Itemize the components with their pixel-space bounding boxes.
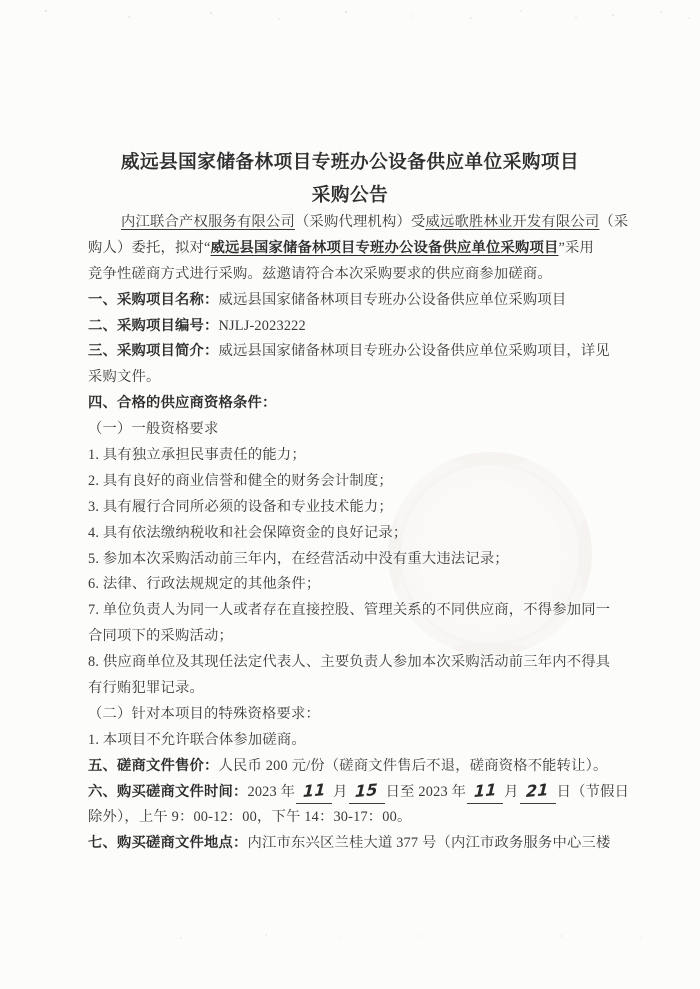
text-segment: 7. 单位负责人为同一人或者存在直接控股、管理关系的不同供应商，不得参加同一 [88, 602, 610, 618]
underlined-company-name: 内江联合产权服务有限公司 [121, 214, 295, 230]
scan-noise-top [0, 8, 2, 10]
text-line: 7. 单位负责人为同一人或者存在直接控股、管理关系的不同供应商，不得参加同一 [88, 598, 623, 624]
section-label: 六、购买磋商文件时间： [88, 784, 247, 800]
text-segment: （一）一般资格要求 [88, 421, 218, 437]
underlined-company-name: 威远歌胜林业开发有限公司 [425, 214, 599, 230]
text-segment: 1. 本项目不允许联合体参加磋商。 [88, 732, 306, 748]
handwritten-number: 21 [526, 779, 550, 803]
text-segment: 6. 法律、行政法规规定的其他条件； [88, 576, 320, 592]
section-label: 四、合格的供应商资格条件： [88, 395, 276, 411]
section-label: 五、磋商文件售价： [88, 758, 218, 774]
text-segment: 2. 具有良好的商业信誉和健全的财务会计制度； [88, 473, 393, 489]
text-segment: 购人）委托，拟对“ [88, 240, 211, 256]
text-segment: 4. 具有依法缴纳税收和社会保障资金的良好记录； [88, 525, 407, 541]
text-line: 1. 具有独立承担民事责任的能力； [88, 443, 623, 469]
text-line: 四、合格的供应商资格条件： [88, 391, 623, 417]
text-segment: （采购代理机构）受 [295, 214, 425, 230]
text-segment: 威远县国家储备林项目专班办公设备供应单位采购项目，详见 [218, 343, 609, 359]
text-segment: （采 [599, 214, 628, 230]
text-segment: 威远县国家储备林项目专班办公设备供应单位采购项目 [218, 292, 566, 308]
document-title-line2: 采购公告 [0, 181, 700, 207]
text-segment: 采购文件。 [88, 369, 160, 385]
text-line: 5. 参加本次采购活动前三年内，在经营活动中没有重大违法记录； [88, 547, 623, 573]
handwritten-blank: 11 [467, 780, 503, 804]
document-body: 内江联合产权服务有限公司（采购代理机构）受威远歌胜林业开发有限公司（采购人）委托… [88, 210, 623, 857]
section-label: 七、购买磋商文件地点： [88, 835, 247, 851]
text-segment: 竞争性磋商方式进行采购。兹邀请符合本次采购要求的供应商参加磋商。 [88, 266, 552, 282]
text-segment: 合同项下的采购活动； [88, 628, 233, 644]
handwritten-number: 11 [473, 779, 497, 803]
text-line: 内江联合产权服务有限公司（采购代理机构）受威远歌胜林业开发有限公司（采 [88, 210, 623, 236]
text-segment: 有行贿犯罪记录。 [88, 680, 204, 696]
project-name-emphasis: 威远县国家储备林项目专班办公设备供应单位采购项目 [211, 240, 559, 256]
text-line: 五、磋商文件售价：人民币 200 元/份（磋商文件售后不退，磋商资格不能转让）。 [88, 754, 623, 780]
text-line: 1. 本项目不允许联合体参加磋商。 [88, 728, 623, 754]
text-line: 除外），上午 9：00-12：00，下午 14：30-17：00。 [88, 805, 623, 831]
text-segment: 2023 年 [247, 784, 295, 800]
text-line: 4. 具有依法缴纳税收和社会保障资金的良好记录； [88, 521, 623, 547]
text-segment: 3. 具有履行合同所必须的设备和专业技术能力； [88, 499, 393, 515]
text-line: 2. 具有良好的商业信誉和健全的财务会计制度； [88, 469, 623, 495]
text-line: （二）针对本项目的特殊资格要求： [88, 702, 623, 728]
text-line: （一）一般资格要求 [88, 417, 623, 443]
handwritten-blank: 21 [520, 780, 556, 804]
text-segment: 5. 参加本次采购活动前三年内，在经营活动中没有重大违法记录； [88, 551, 509, 567]
text-line: 购人）委托，拟对“威远县国家储备林项目专班办公设备供应单位采购项目”采用 [88, 236, 623, 262]
text-line: 有行贿犯罪记录。 [88, 676, 623, 702]
text-segment: 8. 供应商单位及其现任法定代表人、主要负责人参加本次采购活动前三年内不得具 [88, 654, 610, 670]
text-segment: 月 [504, 784, 519, 800]
scan-noise-bottom [0, 933, 2, 935]
text-segment: 除外），上午 9：00-12：00，下午 14：30-17：00。 [88, 809, 412, 825]
text-segment: 内江市东兴区兰桂大道 377 号（内江市政务服务中心三楼 [247, 835, 610, 851]
text-line: 二、采购项目编号：NJLJ-2023222 [88, 314, 623, 340]
text-segment: 人民币 200 元/份（磋商文件售后不退，磋商资格不能转让）。 [218, 758, 607, 774]
text-line: 竞争性磋商方式进行采购。兹邀请符合本次采购要求的供应商参加磋商。 [88, 262, 623, 288]
section-label: 三、采购项目简介： [88, 343, 218, 359]
section-label: 一、采购项目名称： [88, 292, 218, 308]
section-label: 二、采购项目编号： [88, 318, 218, 334]
text-line: 采购文件。 [88, 365, 623, 391]
handwritten-number: 15 [355, 779, 379, 803]
text-line: 合同项下的采购活动； [88, 624, 623, 650]
text-segment: NJLJ-2023222 [218, 318, 305, 334]
text-segment: （二）针对本项目的特殊资格要求： [88, 706, 320, 722]
text-line: 七、购买磋商文件地点：内江市东兴区兰桂大道 377 号（内江市政务服务中心三楼 [88, 831, 623, 857]
text-line: 三、采购项目简介：威远县国家储备林项目专班办公设备供应单位采购项目，详见 [88, 339, 623, 365]
text-line: 六、购买磋商文件时间：2023 年11月15日至 2023 年11月21日（节假… [88, 780, 623, 806]
text-segment: 日至 2023 年 [386, 784, 466, 800]
text-line: 8. 供应商单位及其现任法定代表人、主要负责人参加本次采购活动前三年内不得具 [88, 650, 623, 676]
scanned-document-page: 威远县国家储备林项目专班办公设备供应单位采购项目 采购公告 内江联合产权服务有限… [0, 0, 700, 989]
text-line: 6. 法律、行政法规规定的其他条件； [88, 572, 623, 598]
text-segment: 日（节假日 [557, 784, 629, 800]
handwritten-blank: 15 [349, 780, 385, 804]
text-segment: ”采用 [558, 240, 594, 256]
text-segment: 月 [333, 784, 348, 800]
handwritten-number: 11 [302, 779, 326, 803]
handwritten-blank: 11 [296, 780, 332, 804]
text-segment: 1. 具有独立承担民事责任的能力； [88, 447, 306, 463]
document-title-line1: 威远县国家储备林项目专班办公设备供应单位采购项目 [0, 148, 700, 174]
text-line: 3. 具有履行合同所必须的设备和专业技术能力； [88, 495, 623, 521]
text-line: 一、采购项目名称：威远县国家储备林项目专班办公设备供应单位采购项目 [88, 288, 623, 314]
